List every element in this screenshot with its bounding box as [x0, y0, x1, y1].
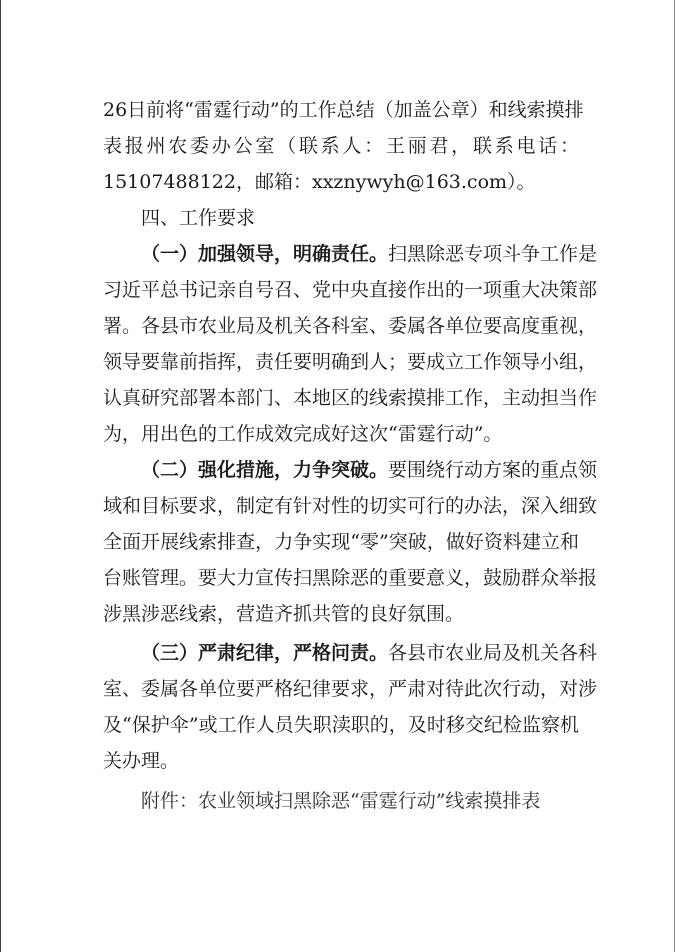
- item1-title: （一）加强领导，明确责任。: [141, 243, 388, 265]
- section-heading: 四、工作要求: [141, 203, 579, 233]
- intro-line-2: 表报州农委办公室（联系人：王丽君，联系电话：: [103, 131, 579, 161]
- item3-title: （三）严肃纪律，严格问责。: [141, 642, 388, 664]
- item2-first-line: （二）强化措施，力争突破。要围绕行动方案的重点领: [141, 455, 579, 485]
- item3-first-line-rest: 各县市农业局及机关各科: [388, 642, 597, 664]
- item2-line-2: 域和目标要求，制定有针对性的切实可行的办法，深入细致: [103, 491, 579, 521]
- item1-first-line: （一）加强领导，明确责任。扫黑除恶专项斗争工作是: [141, 239, 579, 269]
- item2-line-5: 涉黑涉恶线索，营造齐抓共管的良好氛围。: [103, 599, 579, 629]
- item1-line-6: 为，用出色的工作成效完成好这次“雷霆行动”。: [103, 419, 579, 449]
- item3-line-2: 室、委属各单位要严格纪律要求，严肃对待此次行动，对涉: [103, 674, 579, 704]
- intro-line-1: 26日前将“雷霆行动”的工作总结（加盖公章）和线索摸排: [103, 95, 579, 125]
- item3-line-4: 关办理。: [103, 746, 579, 776]
- item2-first-line-rest: 要围绕行动方案的重点领: [388, 459, 597, 481]
- item2-line-3: 全面开展线索排查，力争实现“零”突破，做好资料建立和: [103, 527, 579, 557]
- document-page: 26日前将“雷霆行动”的工作总结（加盖公章）和线索摸排 表报州农委办公室（联系人…: [0, 0, 675, 952]
- item2-line-4: 台账管理。要大力宣传扫黑除恶的重要意义，鼓励群众举报: [103, 563, 579, 593]
- item1-line-3: 署。各县市农业局及机关各科室、委属各单位要高度重视，: [103, 311, 579, 341]
- item1-line-5: 认真研究部署本部门、本地区的线索摸排工作，主动担当作: [103, 383, 579, 413]
- item1-line-4: 领导要靠前指挥，责任要明确到人；要成立工作领导小组，: [103, 347, 579, 377]
- item3-first-line: （三）严肃纪律，严格问责。各县市农业局及机关各科: [141, 638, 579, 668]
- item3-line-3: 及“保护伞”或工作人员失职渎职的，及时移交纪检监察机: [103, 710, 579, 740]
- item1-first-line-rest: 扫黑除恶专项斗争工作是: [388, 243, 597, 265]
- item2-title: （二）强化措施，力争突破。: [141, 459, 388, 481]
- attachment-line: 附件：农业领域扫黑除恶“雷霆行动”线索摸排表: [141, 786, 579, 816]
- item1-line-2: 习近平总书记亲自号召、党中央直接作出的一项重大决策部: [103, 275, 579, 305]
- intro-line-3: 15107488122，邮箱：xxznywyh@163.com）。: [103, 167, 579, 197]
